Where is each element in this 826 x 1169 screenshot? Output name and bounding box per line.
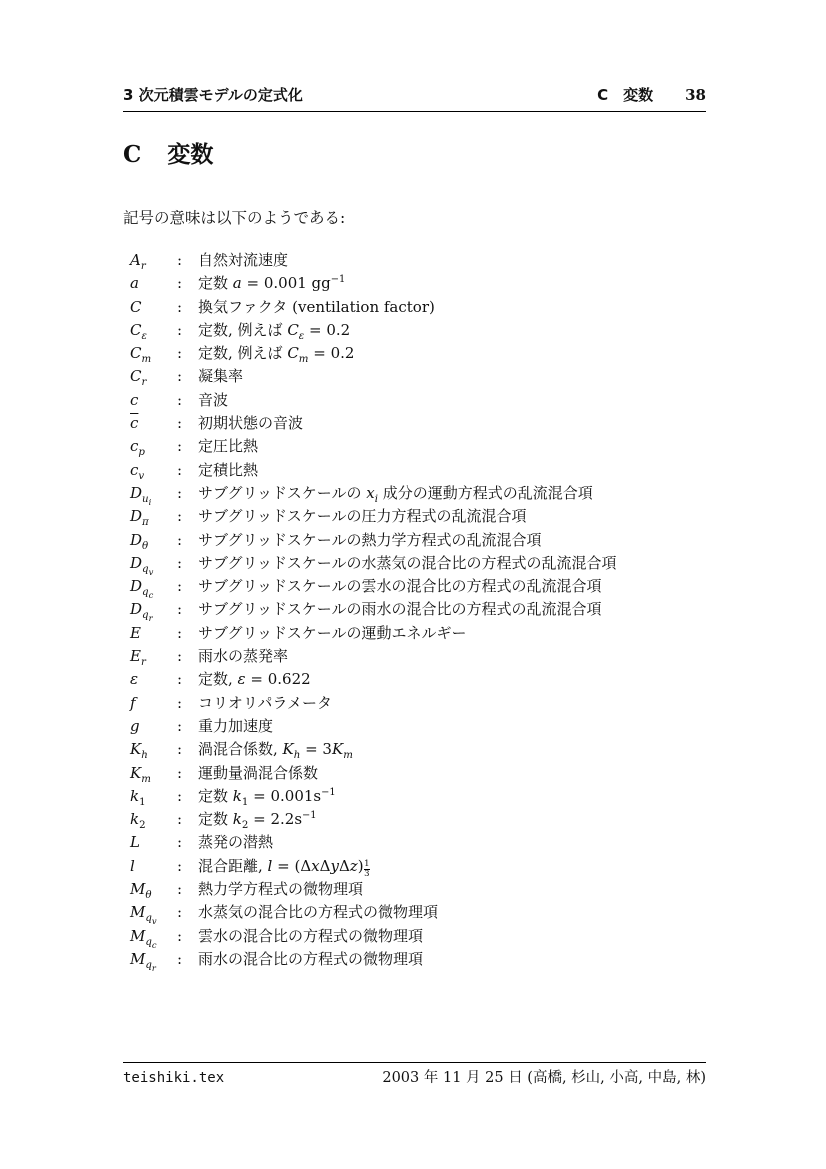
colon-separator: : [177, 715, 198, 738]
symbol-row: Dqv:サブグリッドスケールの水蒸気の混合比の方程式の乱流混合項 [123, 552, 706, 575]
colon-separator: : [177, 645, 198, 668]
symbol-description: 定圧比熱 [198, 435, 706, 458]
page-number: 38 [685, 87, 706, 104]
symbol-math: cp [123, 435, 177, 458]
symbol-row: g:重力加速度 [123, 715, 706, 738]
colon-separator: : [177, 692, 198, 715]
symbol-description: サブグリッドスケールの圧力方程式の乱流混合項 [198, 505, 706, 528]
running-head-chapter: 3 次元積雲モデルの定式化 [123, 87, 303, 104]
intro-text: 記号の意味は以下のようである: [123, 207, 345, 229]
colon-separator: : [177, 319, 198, 342]
colon-separator: : [177, 365, 198, 388]
symbol-description: コリオリパラメータ [198, 692, 706, 715]
document-page: 3 次元積雲モデルの定式化 C 変数 38 C 変数 記号の意味は以下のようであ… [0, 0, 826, 1169]
section-heading: C 変数 [123, 141, 213, 169]
symbol-math: ε [123, 668, 177, 691]
symbol-math: Dui [123, 482, 177, 505]
symbol-row: k2:定数 k2 = 2.2s−1 [123, 808, 706, 831]
symbol-math: k1 [123, 785, 177, 808]
symbol-math: Cε [123, 319, 177, 342]
symbol-math: Er [123, 645, 177, 668]
symbol-row: f:コリオリパラメータ [123, 692, 706, 715]
symbol-math: Ar [123, 249, 177, 272]
symbol-math: Mθ [123, 878, 177, 901]
symbol-row: Er:雨水の蒸発率 [123, 645, 706, 668]
symbol-row: c:音波 [123, 389, 706, 412]
colon-separator: : [177, 948, 198, 971]
symbol-description: 初期状態の音波 [198, 412, 706, 435]
symbol-math: Dθ [123, 529, 177, 552]
colon-separator: : [177, 342, 198, 365]
symbol-row: l:混合距離, l = (ΔxΔyΔz)13 [123, 855, 706, 878]
footer-date-authors: 2003 年 11 月 25 日 (高橋, 杉山, 小高, 中島, 林) [382, 1069, 706, 1087]
section-label: C [123, 141, 141, 168]
symbol-math: c [123, 389, 177, 412]
symbol-description: 雨水の混合比の方程式の微物理項 [198, 948, 706, 971]
symbol-description: 熱力学方程式の微物理項 [198, 878, 706, 901]
symbol-description: サブグリッドスケールの運動エネルギー [198, 622, 706, 645]
symbol-description: 定数, 例えば Cε = 0.2 [198, 319, 706, 342]
symbol-math: Km [123, 762, 177, 785]
symbol-math: C [123, 296, 177, 319]
symbol-row: Cr:凝集率 [123, 365, 706, 388]
symbol-math: Dqv [123, 552, 177, 575]
symbol-math: E [123, 622, 177, 645]
symbol-row: Ar:自然対流速度 [123, 249, 706, 272]
symbol-description: 定数 a = 0.001 gg−1 [198, 272, 706, 295]
symbol-row: Dπ:サブグリッドスケールの圧力方程式の乱流混合項 [123, 505, 706, 528]
symbol-description: 凝集率 [198, 365, 706, 388]
page-footer: teishiki.tex 2003 年 11 月 25 日 (高橋, 杉山, 小… [123, 1062, 706, 1087]
symbol-description: 換気ファクタ (ventilation factor) [198, 296, 706, 319]
symbol-description: 雲水の混合比の方程式の微物理項 [198, 925, 706, 948]
symbol-row: Cm:定数, 例えば Cm = 0.2 [123, 342, 706, 365]
symbol-row: Dqr:サブグリッドスケールの雨水の混合比の方程式の乱流混合項 [123, 598, 706, 621]
colon-separator: : [177, 831, 198, 854]
colon-separator: : [177, 785, 198, 808]
running-header: 3 次元積雲モデルの定式化 C 変数 38 [123, 87, 706, 112]
symbol-row: ε:定数, ε = 0.622 [123, 668, 706, 691]
symbol-math: f [123, 692, 177, 715]
colon-separator: : [177, 925, 198, 948]
symbol-row: C:換気ファクタ (ventilation factor) [123, 296, 706, 319]
colon-separator: : [177, 808, 198, 831]
symbol-row: Mqc:雲水の混合比の方程式の微物理項 [123, 925, 706, 948]
symbol-math: c [123, 412, 177, 435]
symbol-math: Mqc [123, 925, 177, 948]
symbol-row: Km:運動量渦混合係数 [123, 762, 706, 785]
symbol-math: cv [123, 459, 177, 482]
colon-separator: : [177, 575, 198, 598]
symbol-row: Kh:渦混合係数, Kh = 3Km [123, 738, 706, 761]
symbol-row: cv:定積比熱 [123, 459, 706, 482]
symbol-math: L [123, 831, 177, 854]
symbol-math: a [123, 272, 177, 295]
symbol-description: 音波 [198, 389, 706, 412]
symbol-description: サブグリッドスケールの雲水の混合比の方程式の乱流混合項 [198, 575, 706, 598]
symbol-description: 定積比熱 [198, 459, 706, 482]
symbol-math: Kh [123, 738, 177, 761]
running-head-right: C 変数 38 [597, 87, 706, 104]
colon-separator: : [177, 249, 198, 272]
symbol-row: a:定数 a = 0.001 gg−1 [123, 272, 706, 295]
colon-separator: : [177, 272, 198, 295]
colon-separator: : [177, 762, 198, 785]
symbol-description: 重力加速度 [198, 715, 706, 738]
symbol-row: Cε:定数, 例えば Cε = 0.2 [123, 319, 706, 342]
colon-separator: : [177, 668, 198, 691]
running-head-section: C 変数 [597, 87, 653, 104]
symbol-row: Mθ:熱力学方程式の微物理項 [123, 878, 706, 901]
symbol-row: Mqr:雨水の混合比の方程式の微物理項 [123, 948, 706, 971]
symbol-description: 雨水の蒸発率 [198, 645, 706, 668]
colon-separator: : [177, 529, 198, 552]
symbol-row: cp:定圧比熱 [123, 435, 706, 458]
footer-filename: teishiki.tex [123, 1069, 224, 1087]
symbol-row: c:初期状態の音波 [123, 412, 706, 435]
colon-separator: : [177, 855, 198, 878]
colon-separator: : [177, 878, 198, 901]
symbol-description: サブグリッドスケールの雨水の混合比の方程式の乱流混合項 [198, 598, 706, 621]
symbol-math: Mqr [123, 948, 177, 971]
symbol-math: Mqv [123, 901, 177, 924]
colon-separator: : [177, 552, 198, 575]
symbol-row: Mqv:水蒸気の混合比の方程式の微物理項 [123, 901, 706, 924]
symbol-math: k2 [123, 808, 177, 831]
symbol-description: 運動量渦混合係数 [198, 762, 706, 785]
colon-separator: : [177, 435, 198, 458]
symbol-description: 混合距離, l = (ΔxΔyΔz)13 [198, 855, 706, 879]
colon-separator: : [177, 389, 198, 412]
symbol-description: 定数 k1 = 0.001s−1 [198, 785, 706, 808]
colon-separator: : [177, 296, 198, 319]
colon-separator: : [177, 738, 198, 761]
colon-separator: : [177, 412, 198, 435]
symbol-description: 定数, 例えば Cm = 0.2 [198, 342, 706, 365]
colon-separator: : [177, 622, 198, 645]
symbol-description: 蒸発の潜熱 [198, 831, 706, 854]
symbol-row: E:サブグリッドスケールの運動エネルギー [123, 622, 706, 645]
symbol-description: 水蒸気の混合比の方程式の微物理項 [198, 901, 706, 924]
colon-separator: : [177, 598, 198, 621]
symbol-row: Dθ:サブグリッドスケールの熱力学方程式の乱流混合項 [123, 529, 706, 552]
symbol-description: 定数, ε = 0.622 [198, 668, 706, 691]
symbol-math: Dqr [123, 598, 177, 621]
symbol-description: 自然対流速度 [198, 249, 706, 272]
colon-separator: : [177, 459, 198, 482]
symbol-row: Dqc:サブグリッドスケールの雲水の混合比の方程式の乱流混合項 [123, 575, 706, 598]
symbol-row: L:蒸発の潜熱 [123, 831, 706, 854]
symbol-math: Dqc [123, 575, 177, 598]
symbol-math: Dπ [123, 505, 177, 528]
symbol-math: Cr [123, 365, 177, 388]
colon-separator: : [177, 482, 198, 505]
symbol-math: Cm [123, 342, 177, 365]
symbol-description: 定数 k2 = 2.2s−1 [198, 808, 706, 831]
symbol-description: サブグリッドスケールの xi 成分の運動方程式の乱流混合項 [198, 482, 706, 505]
symbol-row: Dui:サブグリッドスケールの xi 成分の運動方程式の乱流混合項 [123, 482, 706, 505]
symbol-description: サブグリッドスケールの水蒸気の混合比の方程式の乱流混合項 [198, 552, 706, 575]
section-title: 変数 [167, 142, 213, 168]
colon-separator: : [177, 901, 198, 924]
symbol-definition-list: Ar:自然対流速度a:定数 a = 0.001 gg−1C:換気ファクタ (ve… [123, 249, 706, 971]
symbol-math: l [123, 855, 177, 878]
symbol-description: サブグリッドスケールの熱力学方程式の乱流混合項 [198, 529, 706, 552]
colon-separator: : [177, 505, 198, 528]
symbol-row: k1:定数 k1 = 0.001s−1 [123, 785, 706, 808]
symbol-math: g [123, 715, 177, 738]
symbol-description: 渦混合係数, Kh = 3Km [198, 738, 706, 761]
